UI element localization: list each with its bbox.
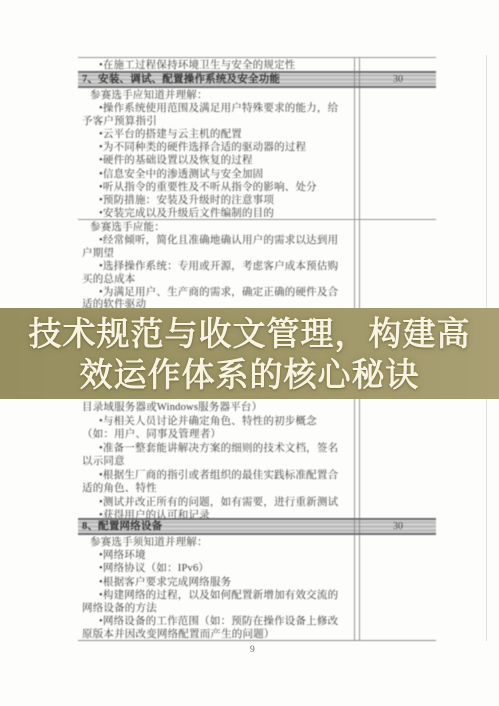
section-header-label: 7、安装、调试、配置操作系统及安全功能 (78, 73, 355, 86)
section-header-row-7: 7、安装、调试、配置操作系统及安全功能 30 (78, 71, 436, 88)
content-cell: 参赛选手须知道并理解： •网络环境 •网络协议（如：IPv6） •根据客户要求完… (78, 535, 355, 640)
bullet-line: •准备一整套能讲解决方案的细则的技术文档，签名以示同意 (82, 442, 348, 469)
bullet-line: •预防措施：安装及升级时的注意事项 (82, 194, 348, 207)
bullet-line: •硬件的基础设置以及恢复的过程 (82, 154, 348, 167)
table-row-know: 参赛选手应知道并理解： •操作系统使用范围及满足用户特殊要求的能力，给予客户预算… (78, 88, 436, 219)
bullet-line: •网络设备的工作范围（如：预防在操作设备上修改原版本并因改变网络配置而产生的问题… (82, 615, 348, 640)
section-header-row-8: 8、配置网络设备 30 (78, 518, 436, 535)
score-cell (359, 88, 436, 219)
banner-title-line1: 技术规范与收文管理，构建高 (29, 313, 471, 354)
continuation-line: 目录域服务器或Windows服务器平台） (82, 401, 348, 415)
bullet-line: •听从指令的重要性及不听从指令的影响、处分 (82, 181, 348, 194)
score-cell: 30 (359, 73, 436, 86)
content-cell: •在施工过程保持环境卫生与安全的规定性 (78, 58, 355, 71)
table-row-network: 参赛选手须知道并理解： •网络环境 •网络协议（如：IPv6） •根据客户要求完… (78, 535, 436, 640)
text-below-banner: 目录域服务器或Windows服务器平台） •与相关人员讨论并确定角色、特性的初步… (82, 401, 348, 518)
bullet-line: •操作系统使用范围及满足用户特殊要求的能力，给予客户预算指引 (82, 102, 348, 128)
content-cell: 参赛选手应知道并理解： •操作系统使用范围及满足用户特殊要求的能力，给予客户预算… (78, 88, 355, 219)
bullet-line: •网络协议（如：IPv6） (82, 562, 348, 575)
bullet-line: •根据生厂商的指引或者组织的最佳实践标准配置合适的角色、特性 (82, 469, 348, 496)
intro-line: 参赛选手须知道并理解： (82, 536, 348, 549)
bullet-line: •安装完成以及升级后文件编制的目的 (82, 207, 348, 219)
bullet-line: •根据客户要求完成网络服务 (82, 576, 348, 589)
bullet-line: •经常倾听，简化且准确地确认用户的需求以达到用户期望 (82, 235, 348, 261)
bullet-line: •构建网络的过程，以及如何配置新增加有效交流的网络设备的方法 (82, 589, 348, 615)
table-row-continuation: •在施工过程保持环境卫生与安全的规定性 (78, 57, 436, 71)
page-number: 9 (250, 645, 255, 655)
intro-line: 参赛选手应知道并理解： (82, 89, 348, 102)
bullet-line: •网络环境 (82, 549, 348, 562)
banner-title-line2: 效运作体系的核心秘诀 (80, 354, 420, 395)
score-cell (359, 58, 436, 71)
bullet-line: •测试并改正所有的问题，如有需要，进行重新测试 (82, 496, 348, 510)
overlay-banner: 技术规范与收文管理，构建高 效运作体系的核心秘诀 (0, 308, 499, 399)
bullet-line: •获得用户的认可和记录 (82, 509, 348, 518)
bullet-line: •在施工过程保持环境卫生与安全的规定性 (82, 59, 348, 71)
section-header-label: 8、配置网络设备 (78, 520, 355, 533)
bullet-line: •选择操作系统：专用或开源，考虑客户成本预估购买的总成本 (82, 261, 348, 287)
document-page: •在施工过程保持环境卫生与安全的规定性 7、安装、调试、配置操作系统及安全功能 … (0, 0, 499, 706)
score-cell (359, 535, 436, 640)
text-above-banner: 参赛选手应能： •经常倾听，简化且准确地确认用户的需求以达到用户期望 •选择操作… (82, 222, 348, 312)
bullet-line: •信息安全中的渗透测试与安全加固 (82, 168, 348, 181)
score-cell: 30 (359, 520, 436, 533)
bullet-line: •与相关人员讨论并确定角色、特性的初步概念（如：用户、同事及管理者） (82, 415, 348, 442)
bullet-line: •云平台的搭建与云主机的配置 (82, 128, 348, 141)
bullet-line: •为不同种类的硬件选择合适的驱动器的过程 (82, 141, 348, 154)
intro-line: 参赛选手应能： (82, 222, 348, 235)
